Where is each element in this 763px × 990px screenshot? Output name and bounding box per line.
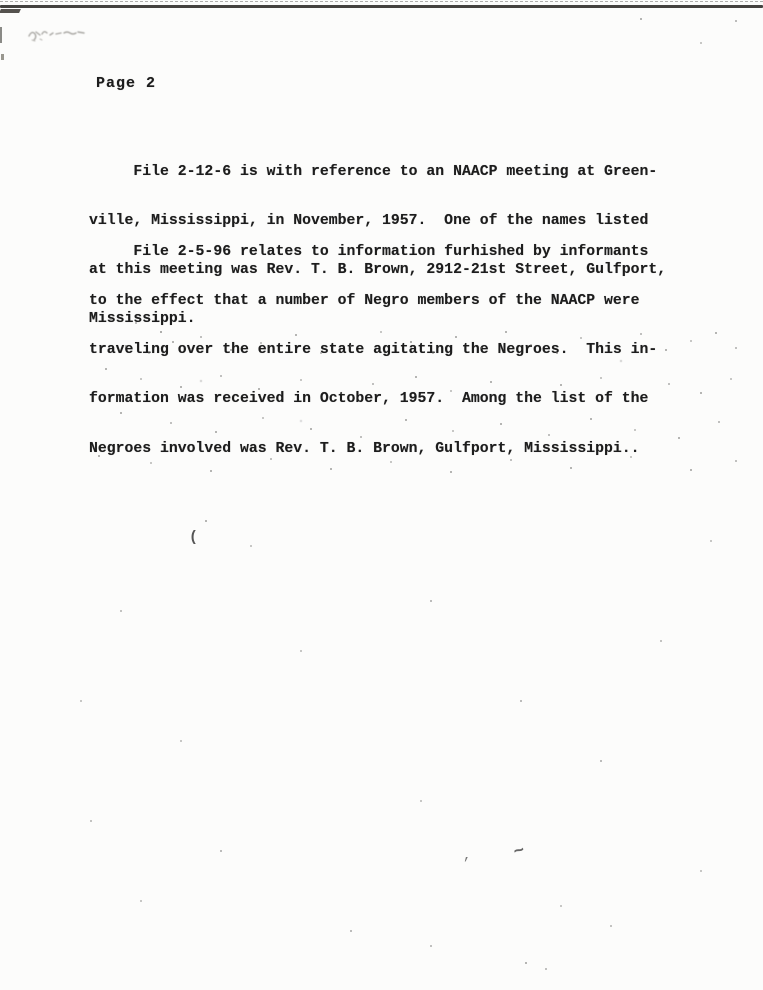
scan-edge-tick xyxy=(0,27,2,43)
scan-edge-tick xyxy=(1,54,4,60)
page-number-label: Page 2 xyxy=(96,75,156,92)
scan-edge-line xyxy=(0,5,763,8)
stray-comma-mark: , xyxy=(463,848,471,864)
scan-corner-blob xyxy=(0,9,21,13)
scan-noise-speckles xyxy=(0,0,2,2)
text-line: File 2-12-6 is with reference to an NAAC… xyxy=(89,164,666,180)
text-line: to the effect that a number of Negro mem… xyxy=(89,293,657,309)
document-page: Page 2 File 2-12-6 is with reference to … xyxy=(0,0,763,990)
paragraph-file-2-5-96: File 2-5-96 relates to information furhi… xyxy=(89,211,657,490)
stray-hook-mark: ~ xyxy=(511,841,527,863)
handwritten-smudge xyxy=(26,24,90,44)
text-line: Negroes involved was Rev. T. B. Brown, G… xyxy=(89,441,657,457)
text-line: formation was received in October, 1957.… xyxy=(89,391,657,407)
scan-edge-dashes xyxy=(0,1,763,2)
stray-paren-mark: ( xyxy=(189,529,198,546)
text-line: traveling over the entire state agitatin… xyxy=(89,342,657,358)
text-line: File 2-5-96 relates to information furhi… xyxy=(89,244,657,260)
